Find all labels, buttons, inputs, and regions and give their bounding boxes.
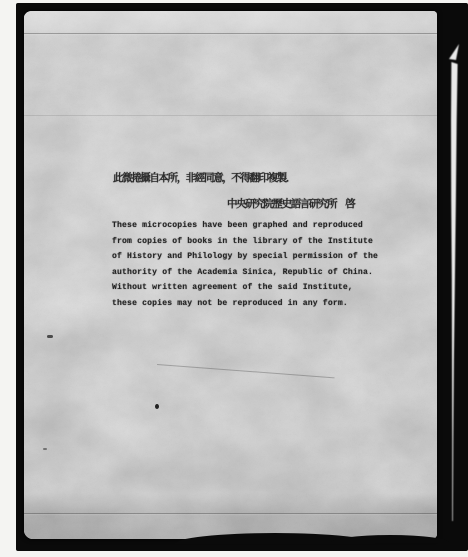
notice-english-line-6: these copies may not be reproduced in an… [112,296,378,312]
notice-english-line-5: Without written agreement of the said In… [112,280,378,296]
fold-line-bottom [24,513,437,514]
ink-speck [47,335,53,338]
notice-chinese-restriction: 此微捲攝自本所，非經同意，不得翻印複製． [113,170,295,185]
microfilm-scan: 此微捲攝自本所，非經同意，不得翻印複製． 中央研究院歷史語言研究所 啓 Thes… [0,0,468,557]
notice-english-line-3: of History and Philology by special perm… [112,249,378,265]
fold-line-faint [24,115,437,116]
fold-line-top [24,33,437,34]
ink-speck [155,404,159,409]
ink-speck [43,448,47,450]
notice-english-paragraph: These microcopies have been graphed and … [112,218,378,311]
notice-chinese-signature: 中央研究院歷史語言研究所 啓 [227,196,354,211]
scanned-page: 此微捲攝自本所，非經同意，不得翻印複製． 中央研究院歷史語言研究所 啓 Thes… [24,11,437,539]
notice-english-line-4: authority of the Academia Sinica, Republ… [112,265,378,281]
notice-english-line-2: from copies of books in the library of t… [112,234,378,250]
notice-english-line-1: These microcopies have been graphed and … [112,218,378,234]
